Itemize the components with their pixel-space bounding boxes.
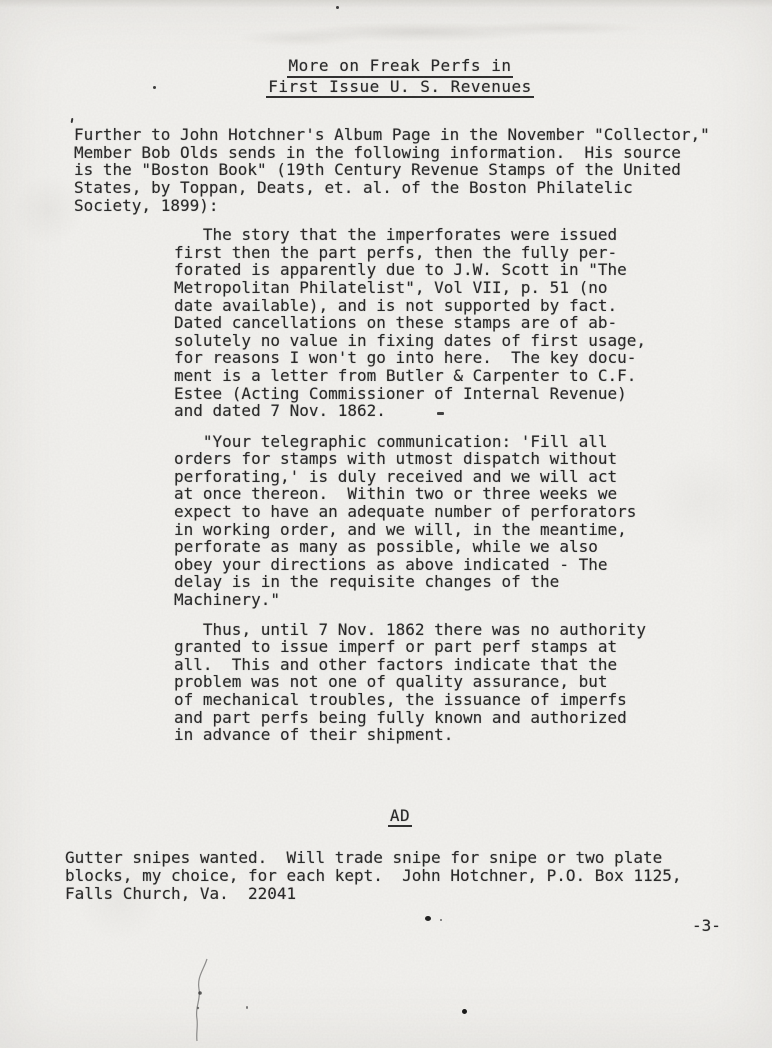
ink-speck	[153, 86, 156, 89]
ink-speck	[437, 412, 444, 415]
ad-section-heading: AD	[74, 807, 726, 828]
title-line-2: First Issue U. S. Revenues	[266, 78, 533, 99]
quoted-paragraph-3: Thus, until 7 Nov. 1862 there was no aut…	[174, 621, 726, 744]
title-row-1: More on Freak Perfs in	[74, 57, 726, 78]
document-title: More on Freak Perfs in First Issue U. S.…	[74, 57, 726, 98]
quoted-paragraph-1: The story that the imperforates were iss…	[174, 226, 726, 420]
title-line-1: More on Freak Perfs in	[287, 57, 514, 78]
ink-scratch	[185, 955, 215, 1045]
ink-speck	[336, 6, 339, 9]
ad-heading-label: AD	[388, 807, 412, 828]
ink-speck	[440, 919, 442, 921]
scanned-page: More on Freak Perfs in First Issue U. S.…	[0, 0, 772, 1048]
ink-speck	[71, 118, 74, 123]
ink-speck	[462, 1009, 467, 1014]
ink-speck	[246, 1006, 248, 1009]
typed-content: More on Freak Perfs in First Issue U. S.…	[74, 57, 726, 902]
intro-paragraph: Further to John Hotchner's Album Page in…	[74, 126, 726, 214]
title-row-2: First Issue U. S. Revenues	[74, 78, 726, 99]
ink-speck	[425, 916, 431, 921]
ad-paragraph: Gutter snipes wanted. Will trade snipe f…	[65, 849, 726, 902]
page-number: -3-	[692, 916, 721, 935]
quoted-paragraph-2: "Your telegraphic communication: 'Fill a…	[174, 433, 726, 609]
